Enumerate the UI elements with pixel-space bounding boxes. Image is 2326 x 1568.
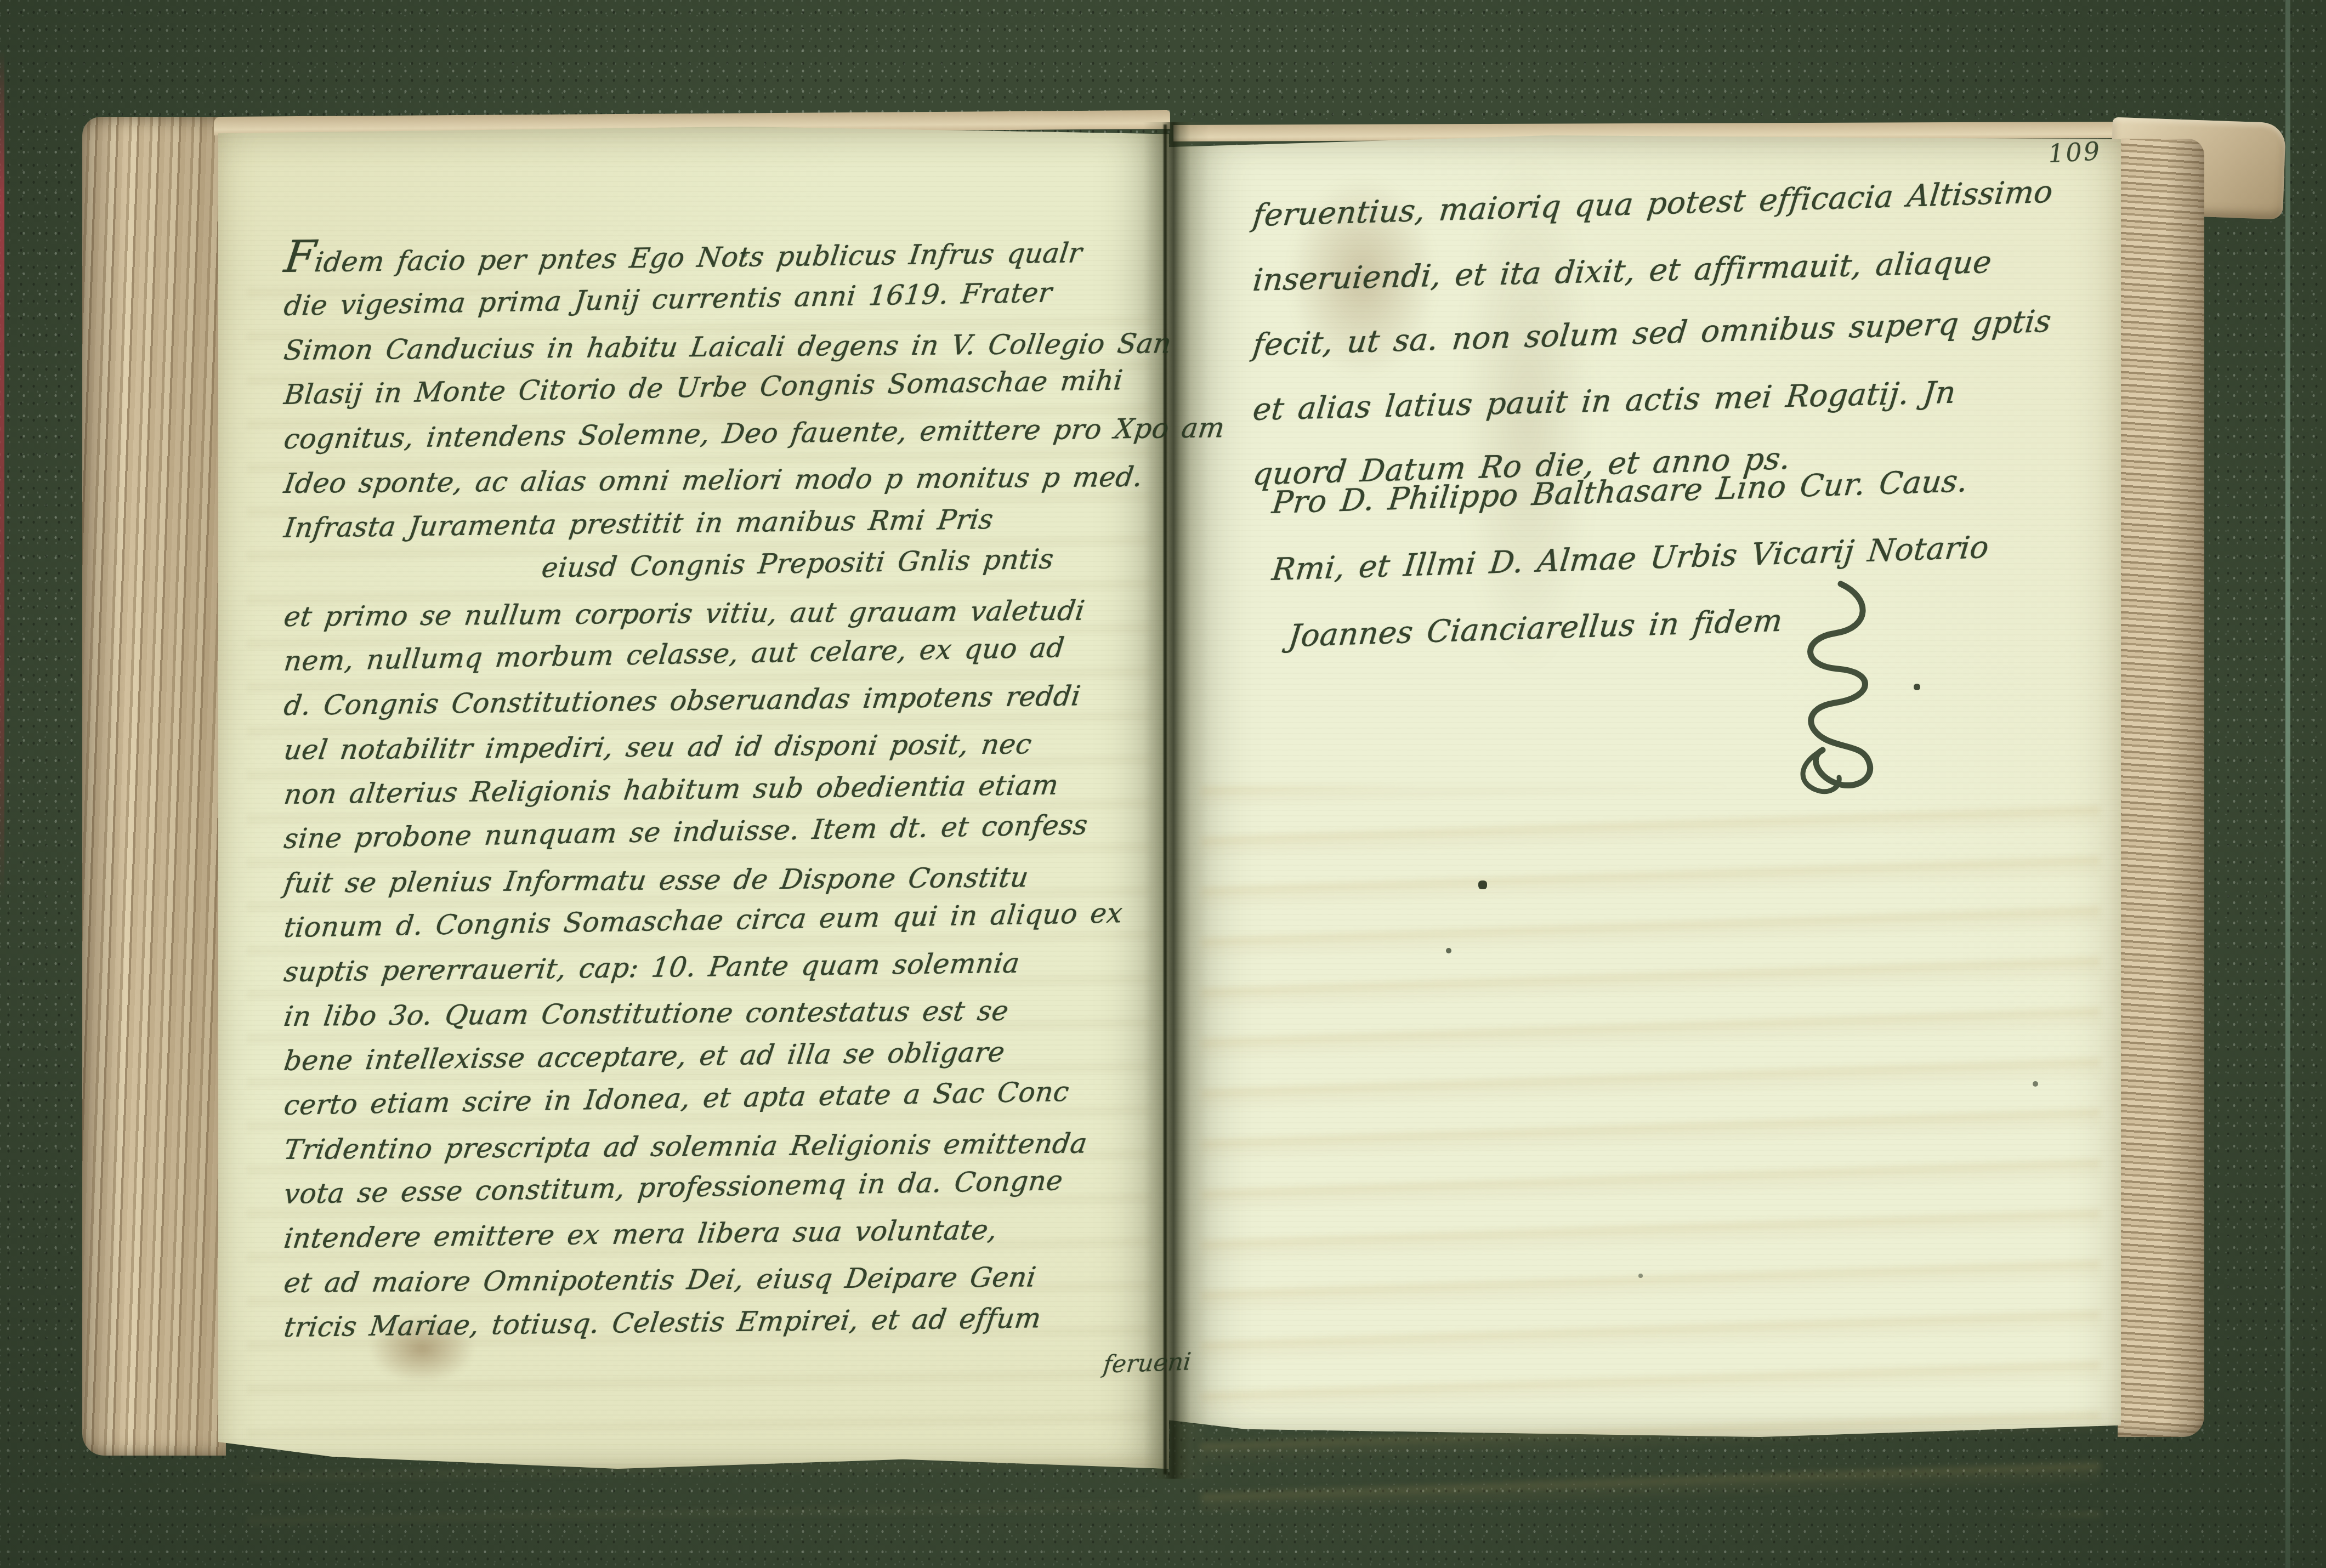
scanner-artifact-red-strip <box>0 49 4 899</box>
left-page-fore-edge <box>82 117 226 1456</box>
bleed-through-text-ghost <box>1201 787 2100 1516</box>
scanner-artifact-green-line <box>2285 0 2290 1568</box>
open-manuscript-book: 109 Fidem facio per pntes Ego Nots publi… <box>82 112 2232 1494</box>
notary-paraph-flourish <box>1789 576 1885 795</box>
left-page-text-block: Fidem facio per pntes Ego Nots publicus … <box>284 240 1194 1350</box>
catchword: ferueni <box>1102 1348 1192 1379</box>
ink-specks <box>82 112 84 115</box>
right-page-fore-edge <box>2118 139 2204 1437</box>
right-page-attestation-block: Pro D. Philippo Balthasare Lino Cur. Cau… <box>1272 470 2149 671</box>
